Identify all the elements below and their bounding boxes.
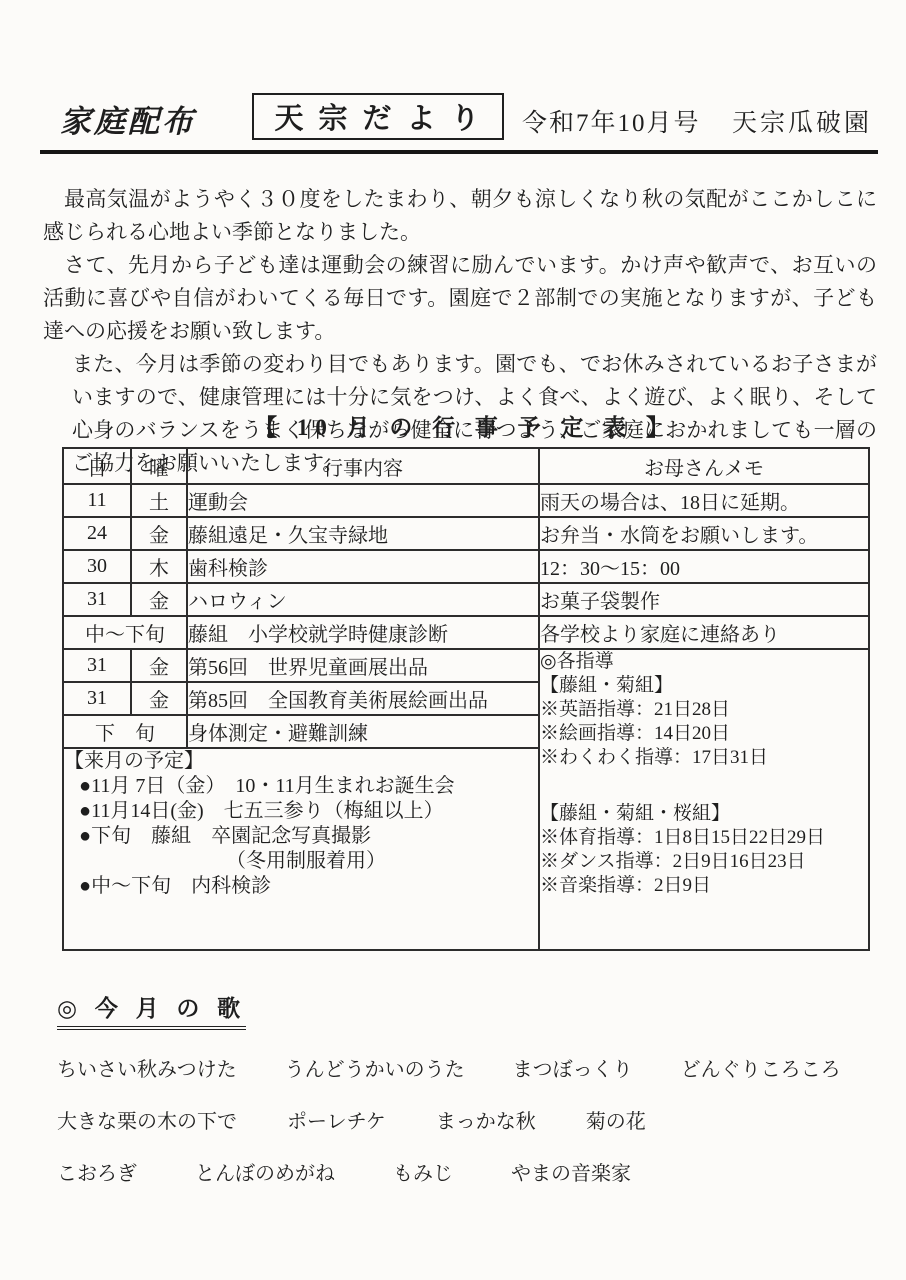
song-row: こおろぎ とんぼのめがね もみじ やまの音楽家: [57, 1157, 877, 1186]
guidance-cell: ◎各指導 【藤組・菊組】 ※英語指導：21日28日 ※絵画指導：14日20日 ※…: [539, 649, 869, 950]
header-memo: お母さんメモ: [539, 448, 869, 484]
publisher-label: 天宗瓜破園: [732, 103, 872, 139]
event-cell: 第56回 世界児童画展出品: [187, 649, 539, 682]
weekday-cell: 土: [131, 484, 187, 517]
distribution-label: 家庭配布: [60, 96, 196, 141]
schedule-section: 【 10 月 の 行 事 予 定 表 】 日 曜 行事内容 お母さんメモ 11 …: [62, 409, 868, 951]
next-month-item-continued: （冬用制服着用）: [226, 849, 538, 874]
next-month-item: ●下旬 藤組 卒園記念写真撮影: [79, 824, 538, 849]
table-row: 11 土 運動会 雨天の場合は、18日に延期。: [63, 484, 869, 517]
weekday-cell: 金: [131, 682, 187, 715]
header-rule: [40, 150, 878, 154]
schedule-table: 日 曜 行事内容 お母さんメモ 11 土 運動会 雨天の場合は、18日に延期。 …: [62, 447, 870, 951]
event-cell: 身体測定・避難訓練: [187, 715, 539, 748]
song-row: ちいさい秋みつけた うんどうかいのうた まつぼっくり どんぐりころころ: [57, 1053, 877, 1082]
songs-section: ◎ 今 月 の 歌 ちいさい秋みつけた うんどうかいのうた まつぼっくり どんぐ…: [57, 990, 877, 1186]
guidance-group-label: 【藤組・菊組】: [540, 674, 868, 698]
song-name: ポーレチケ: [287, 1105, 386, 1134]
event-cell: 運動会: [187, 484, 539, 517]
event-cell: ハロウィン: [187, 583, 539, 616]
song-row: 大きな栗の木の下で ポーレチケ まっかな秋 菊の花: [57, 1105, 877, 1134]
song-name: まっかな秋: [436, 1105, 536, 1134]
table-row: 中～下旬 藤組 小学校就学時健康診断 各学校より家庭に連絡あり: [63, 616, 869, 649]
guidance-item: ※絵画指導：14日20日: [540, 722, 868, 746]
memo-cell: 12：30～15：00: [539, 550, 869, 583]
weekday-cell: 木: [131, 550, 187, 583]
day-cell: 31: [63, 649, 131, 682]
song-name: もみじ: [393, 1157, 453, 1186]
next-month-cell: 【来月の予定】 ●11月 7日（金） 10・11月生まれお誕生会 ●11月14日…: [63, 748, 539, 950]
next-month-item: ●11月14日(金) 七五三参り（梅組以上）: [79, 799, 538, 824]
guidance-item: ※ダンス指導：2日9日16日23日: [540, 850, 868, 874]
table-row: 24 金 藤組遠足・久宝寺緑地 お弁当・水筒をお願いします。: [63, 517, 869, 550]
schedule-title: 【 10 月 の 行 事 予 定 表 】: [62, 409, 868, 442]
table-row: 30 木 歯科検診 12：30～15：00: [63, 550, 869, 583]
header-weekday: 曜: [131, 448, 187, 484]
event-cell: 藤組遠足・久宝寺緑地: [187, 517, 539, 550]
song-name: やまの音楽家: [511, 1157, 631, 1186]
weekday-cell: 金: [131, 583, 187, 616]
songs-title: ◎ 今 月 の 歌: [57, 990, 246, 1030]
intro-paragraph-2: さて、先月から子ども達は運動会の練習に励んでいます。かけ声や歓声で、お互いの活動…: [43, 249, 877, 348]
song-name: どんぐりころころ: [681, 1053, 841, 1082]
memo-cell: お弁当・水筒をお願いします。: [539, 517, 869, 550]
song-name: まつぼっくり: [513, 1053, 633, 1082]
day-cell: 31: [63, 682, 131, 715]
schedule-header-row: 日 曜 行事内容 お母さんメモ: [63, 448, 869, 484]
issue-label: 令和7年10月号: [522, 103, 701, 139]
header-day: 日: [63, 448, 131, 484]
day-cell: 30: [63, 550, 131, 583]
newsletter-title: 天宗だより: [274, 96, 494, 137]
day-range-cell: 中～下旬: [63, 616, 187, 649]
next-month-heading: 【来月の予定】: [64, 749, 538, 774]
memo-cell: 各学校より家庭に連絡あり: [539, 616, 869, 649]
song-name: 菊の花: [586, 1105, 646, 1134]
memo-cell: 雨天の場合は、18日に延期。: [539, 484, 869, 517]
guidance-item: ※英語指導：21日28日: [540, 698, 868, 722]
song-name: ちいさい秋みつけた: [57, 1053, 237, 1082]
newsletter-page: 家庭配布 天宗だより 令和7年10月号 天宗瓜破園 最高気温がようやく３０度をし…: [0, 0, 906, 1280]
newsletter-title-box: 天宗だより: [252, 93, 504, 140]
song-name: うんどうかいのうた: [285, 1053, 465, 1082]
day-range-cell: 下 旬: [63, 715, 187, 748]
guidance-heading: ◎各指導: [540, 650, 868, 674]
weekday-cell: 金: [131, 649, 187, 682]
guidance-item: ※音楽指導：2日9日: [540, 874, 868, 898]
guidance-item: ※体育指導：1日8日15日22日29日: [540, 826, 868, 850]
table-row: 31 金 第56回 世界児童画展出品 ◎各指導 【藤組・菊組】 ※英語指導：21…: [63, 649, 869, 682]
day-cell: 11: [63, 484, 131, 517]
guidance-group-label: 【藤組・菊組・桜組】: [540, 802, 868, 826]
guidance-spacer: [540, 770, 868, 802]
weekday-cell: 金: [131, 517, 187, 550]
guidance-item: ※わくわく指導：17日31日: [540, 746, 868, 770]
song-name: こおろぎ: [57, 1157, 137, 1186]
table-row: 31 金 ハロウィン お菓子袋製作: [63, 583, 869, 616]
day-cell: 24: [63, 517, 131, 550]
day-cell: 31: [63, 583, 131, 616]
header-event: 行事内容: [187, 448, 539, 484]
event-cell: 藤組 小学校就学時健康診断: [187, 616, 539, 649]
song-name: とんぼのめがね: [195, 1157, 335, 1186]
next-month-item: ●中～下旬 内科検診: [79, 874, 538, 899]
song-name: 大きな栗の木の下で: [57, 1105, 237, 1134]
event-cell: 第85回 全国教育美術展絵画出品: [187, 682, 539, 715]
next-month-item: ●11月 7日（金） 10・11月生まれお誕生会: [79, 774, 538, 799]
memo-cell: お菓子袋製作: [539, 583, 869, 616]
event-cell: 歯科検診: [187, 550, 539, 583]
next-month-list: ●11月 7日（金） 10・11月生まれお誕生会 ●11月14日(金) 七五三参…: [79, 774, 538, 899]
intro-paragraph-1: 最高気温がようやく３０度をしたまわり、朝夕も涼しくなり秋の気配がここかしこに感じ…: [43, 183, 877, 249]
